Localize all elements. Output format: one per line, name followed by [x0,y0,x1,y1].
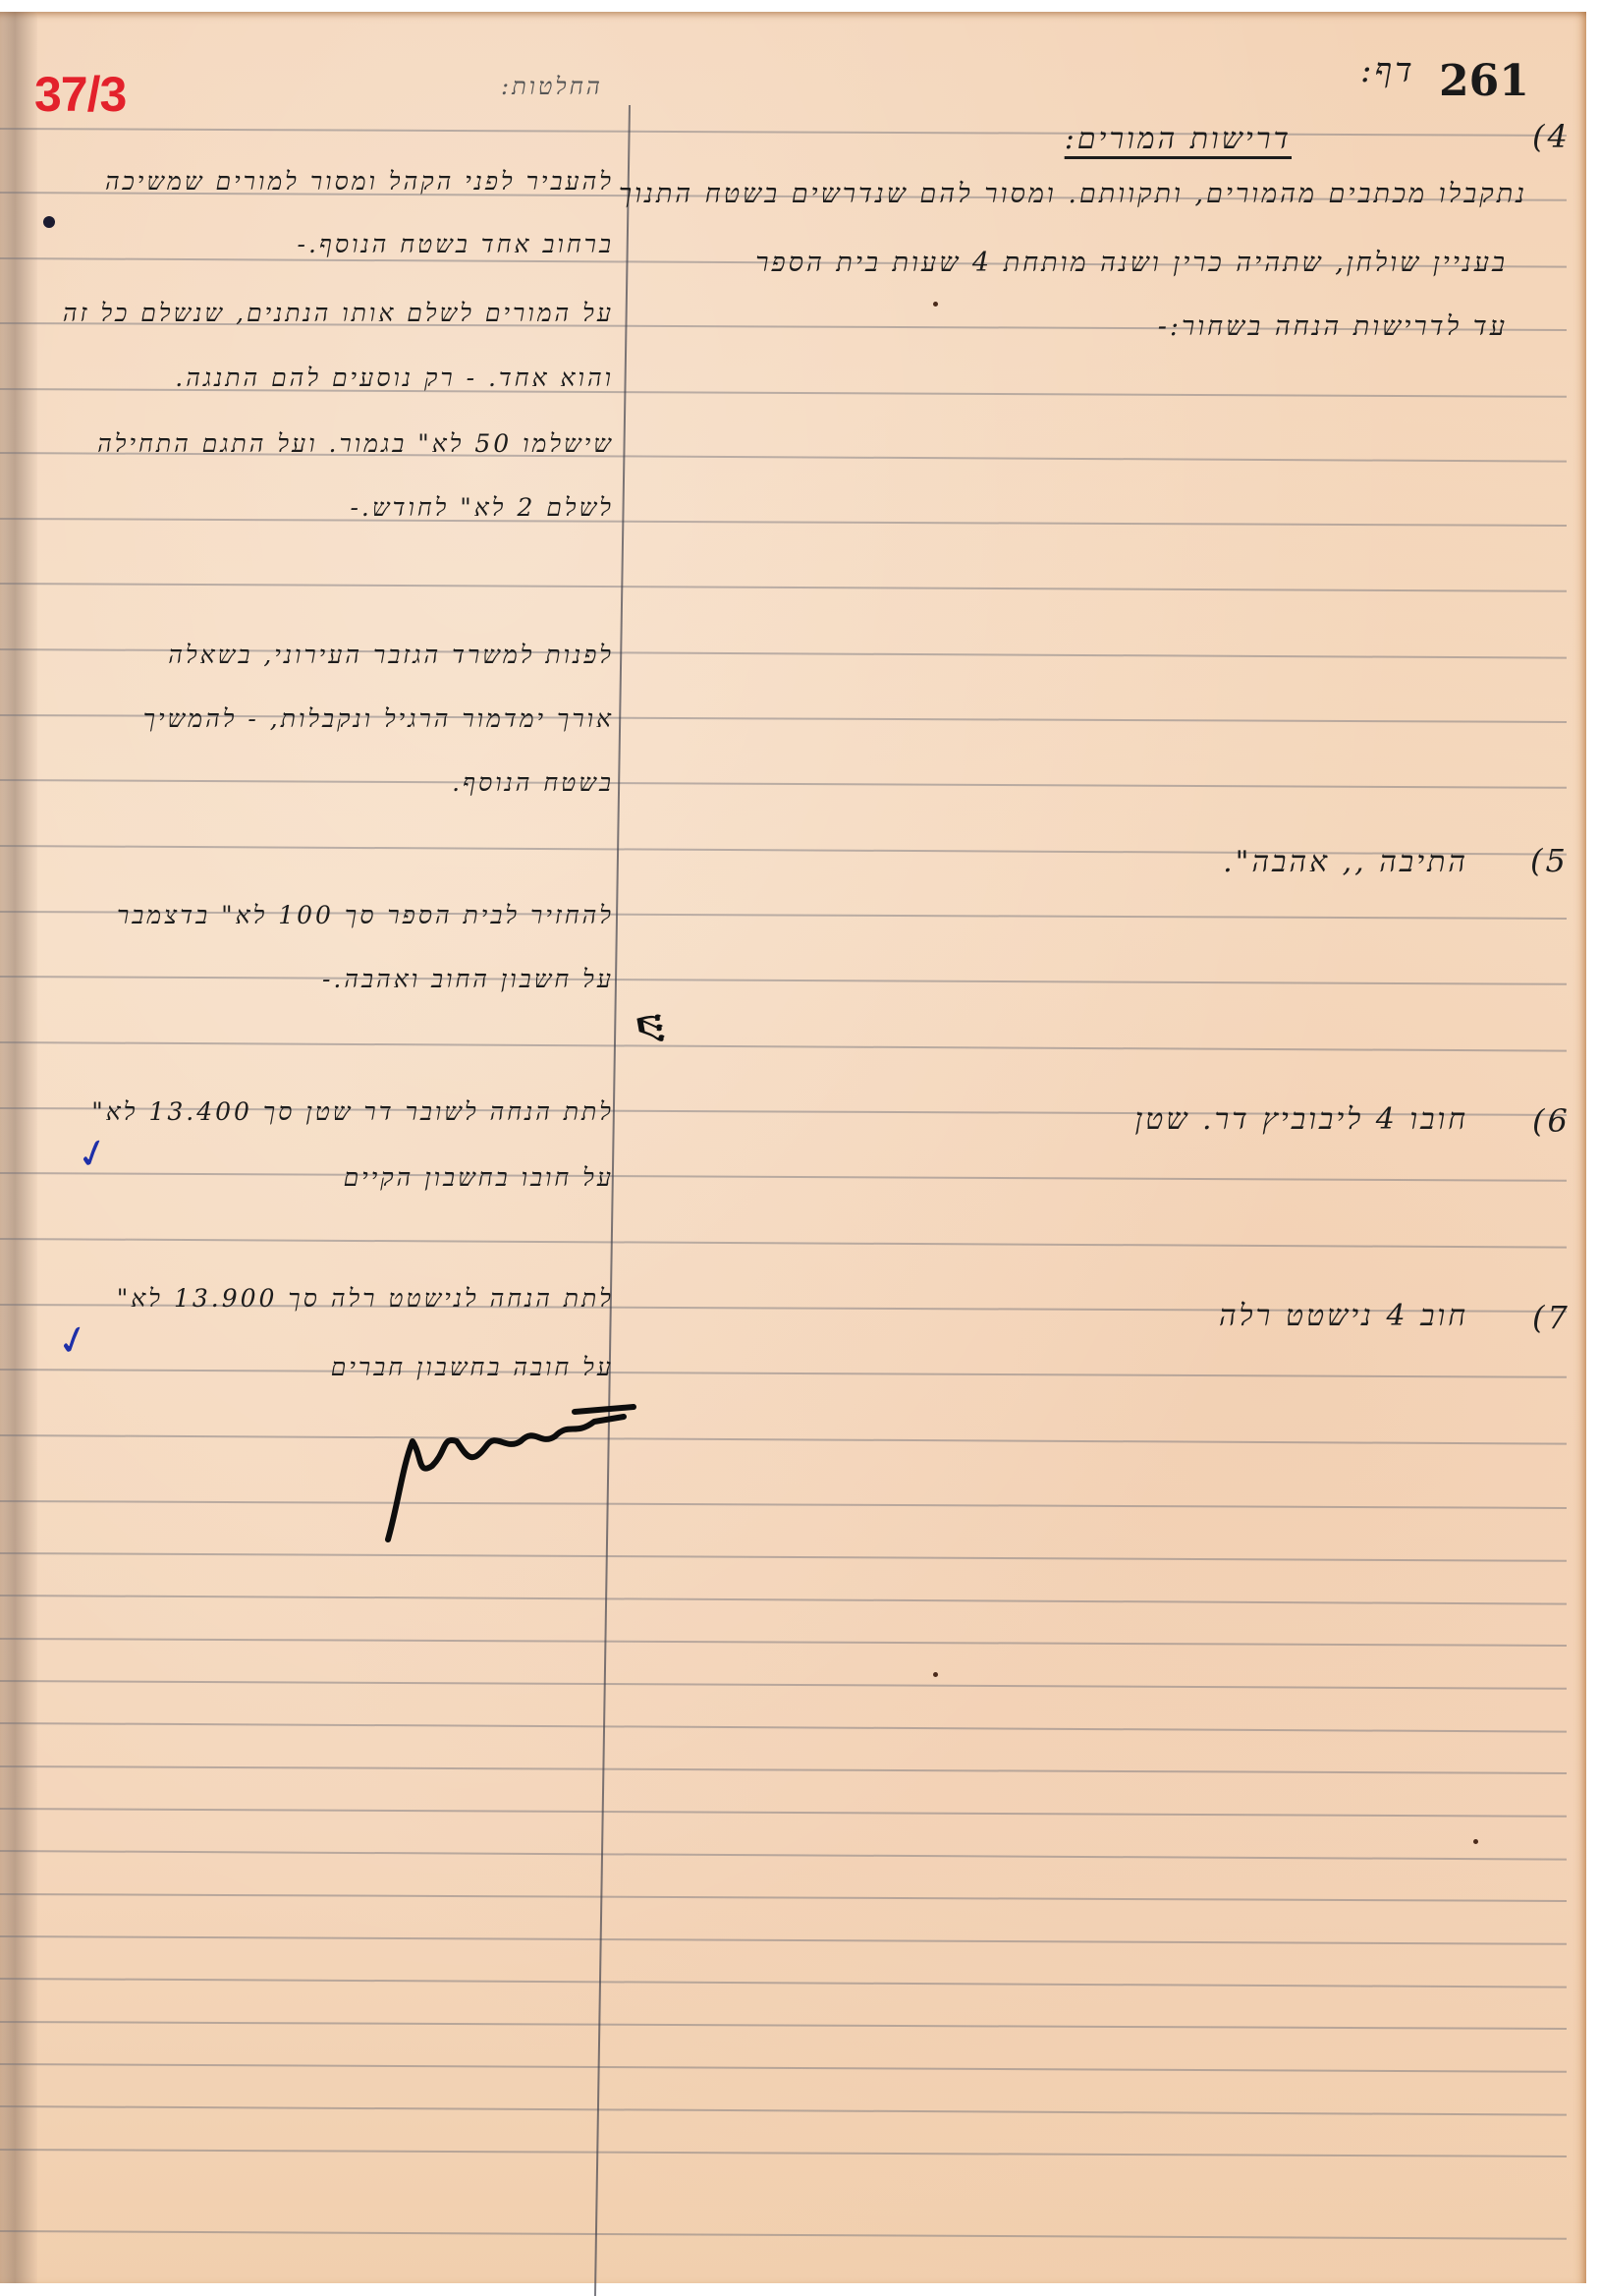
ruled-line [0,2063,1567,2073]
item-text: חובו 4 ליבוביץ דר. שטן [1134,1102,1468,1137]
decision-line: אורך ימדמור הרגיל ונקבלות, - להמשיך [143,704,614,734]
ruled-line [0,1893,1567,1902]
ruled-line [0,1595,1567,1605]
decision-line: בשטח הנוסף. [452,768,614,798]
ruled-line [0,1172,1567,1182]
ruled-line [0,1041,1567,1052]
item-number: 6) [1532,1102,1571,1140]
decision-line: שישלמו 50 לא" בגמור. ועל התגם התחילה [97,429,614,459]
document-id-label: 37/3 [34,66,126,123]
binding-shadow [0,12,37,2283]
ruled-line [0,1722,1567,1733]
ruled-line [0,1850,1567,1861]
ink-spot [933,1672,938,1677]
section-title: דרישות המורים: [1065,122,1292,156]
decision-line: להעביר לפני הקהל ומסור למורים שמשיכה [105,167,614,196]
ruled-line [0,1978,1567,1988]
ruled-line [0,518,1567,527]
section-body-line: עד לדרישות הנחה בשחור:- [1158,311,1508,342]
ruled-line [0,976,1567,985]
item-number: 5) [1530,842,1569,879]
ink-spot [933,302,938,307]
ruled-line [0,2230,1567,2240]
ruled-line [0,1552,1567,1562]
ruled-line [0,1238,1567,1249]
ruled-line [0,1369,1567,1378]
item-text: חוב 4 נישטט רלה [1219,1299,1468,1333]
page-number-label: דף: [1360,51,1415,90]
decision-line: לתת הנחה לשובר דר שטן סך 13.400 לא" [91,1097,614,1127]
section-body-line: בעניין שולחן, שתהיה כרין ושנה מותחת 4 שע… [755,248,1508,278]
ink-spot [43,216,55,228]
ruled-line [0,1500,1567,1509]
left-column-header: החלטות: [501,73,603,101]
section-number: 4) [1532,118,1571,155]
ruled-line [0,2105,1567,2116]
ruled-line [0,1680,1567,1690]
ruled-line [0,2149,1567,2157]
decision-line: על חובה בחשבון חברים [331,1353,614,1382]
ruled-line [0,128,1567,137]
ruled-line [0,2021,1567,2030]
decision-line: להחזיר לבית הספר סך 100 לא" בדצמבר [117,901,614,930]
decision-line: על חובו בחשבון הקיים [344,1163,614,1193]
decision-line: על המורים לשלם אותו הנתנים, שנשלם כל זה [63,299,614,328]
ruled-line [0,1808,1567,1818]
signature [378,1397,643,1544]
ruled-line [0,1434,1567,1445]
ink-spot [1473,1839,1478,1844]
ruled-line [0,1638,1567,1647]
section-body-line: נתקבלו מכתבים מהמורים, ותקוותם. ומסור לה… [619,179,1527,209]
decision-line: לתת הנחה לנישטט רלה סך 13.900 לא" [117,1284,614,1314]
item-text: התיבה ,, אהבה". [1223,845,1468,879]
ruled-line [0,1765,1567,1774]
decision-line: לפנות למשרד הגזבר העירוני, בשאלה [168,641,614,670]
margin-initials: ש [626,1009,680,1049]
page-number: 261 [1439,56,1529,106]
decision-line: על חשבון החוב ואהבה.- [322,965,614,994]
ruled-line [0,779,1567,789]
check-mark-icon: ✓ [52,1315,95,1367]
ruled-line [0,1935,1567,1945]
ledger-page: 37/3 החלטות: דף: 261 4) דרישות המורים: נ… [0,12,1586,2283]
decision-line: לשלם 2 לא" לחודש.- [350,493,614,523]
decision-line: ברחוב אחד בשטח הנוסף.- [298,230,615,259]
ruled-line [0,583,1567,592]
decision-line: והוא אחד. - רק נוסעים להם התנגה. [175,364,614,393]
item-number: 7) [1532,1299,1571,1336]
